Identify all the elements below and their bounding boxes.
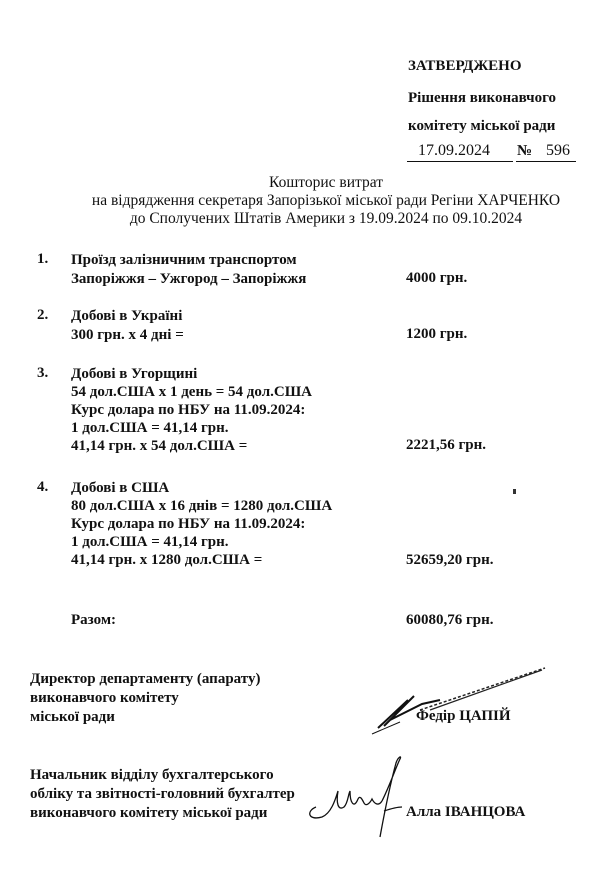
approval-status: ЗАТВЕРДЖЕНО <box>408 58 522 75</box>
item-line: Проїзд залізничним транспортом <box>71 251 297 270</box>
position-line: Начальник відділу бухгалтерського <box>30 766 274 785</box>
item-line: Добові в Угорщині <box>71 365 197 384</box>
item-line: 1 дол.США = 41,14 грн. <box>71 419 229 438</box>
item-amount: 1200 грн. <box>406 326 467 343</box>
handwritten-signature-icon <box>302 755 412 840</box>
item-number: 2. <box>37 307 48 324</box>
item-number: 1. <box>37 251 48 268</box>
title-line-1: Кошторис витрат <box>18 174 616 192</box>
total-label: Разом: <box>71 612 116 629</box>
approval-line-1: Рішення виконавчого <box>408 90 556 107</box>
item-line: 41,14 грн. х 1280 дол.США = <box>71 551 262 570</box>
signatory-name: Федір ЦАПІЙ <box>416 708 511 725</box>
approval-number: 596 <box>546 142 570 160</box>
item-line: 1 дол.США = 41,14 грн. <box>71 533 229 552</box>
date-underline <box>407 161 513 162</box>
item-line: 80 дол.США х 16 днів = 1280 дол.США <box>71 497 332 516</box>
total-amount: 60080,76 грн. <box>406 612 494 629</box>
position-line: виконавчого комітету міської ради <box>30 804 267 823</box>
item-line: Курс долара по НБУ на 11.09.2024: <box>71 515 305 534</box>
approval-date: 17.09.2024 <box>418 142 490 160</box>
title-line-2: на відрядження секретаря Запорізької міс… <box>18 192 616 210</box>
item-amount: 2221,56 грн. <box>406 437 486 454</box>
signatory-name: Алла ІВАНЦОВА <box>406 804 525 821</box>
position-line: міської ради <box>30 708 115 727</box>
item-amount: 4000 грн. <box>406 270 467 287</box>
item-line: 41,14 грн. х 54 дол.США = <box>71 437 247 456</box>
item-number: 4. <box>37 479 48 496</box>
item-number: 3. <box>37 365 48 382</box>
number-sign: № <box>517 143 532 160</box>
item-line: Курс долара по НБУ на 11.09.2024: <box>71 401 305 420</box>
item-amount: 52659,20 грн. <box>406 552 494 569</box>
approval-line-2: комітету міської ради <box>408 118 555 135</box>
position-line: виконавчого комітету <box>30 689 179 708</box>
item-line: Добові в США <box>71 479 169 498</box>
position-line: обліку та звітності-головний бухгалтер <box>30 785 295 804</box>
position-line: Директор департаменту (апарату) <box>30 670 260 689</box>
number-underline <box>516 161 576 162</box>
item-line: Запоріжжя – Ужгород – Запоріжжя <box>71 270 306 289</box>
item-line: Добові в Україні <box>71 307 182 326</box>
item-line: 300 грн. х 4 дні = <box>71 326 184 345</box>
item-line: 54 дол.США х 1 день = 54 дол.США <box>71 383 312 402</box>
title-line-3: до Сполучених Штатів Америки з 19.09.202… <box>18 210 616 228</box>
scan-speck <box>513 489 516 494</box>
